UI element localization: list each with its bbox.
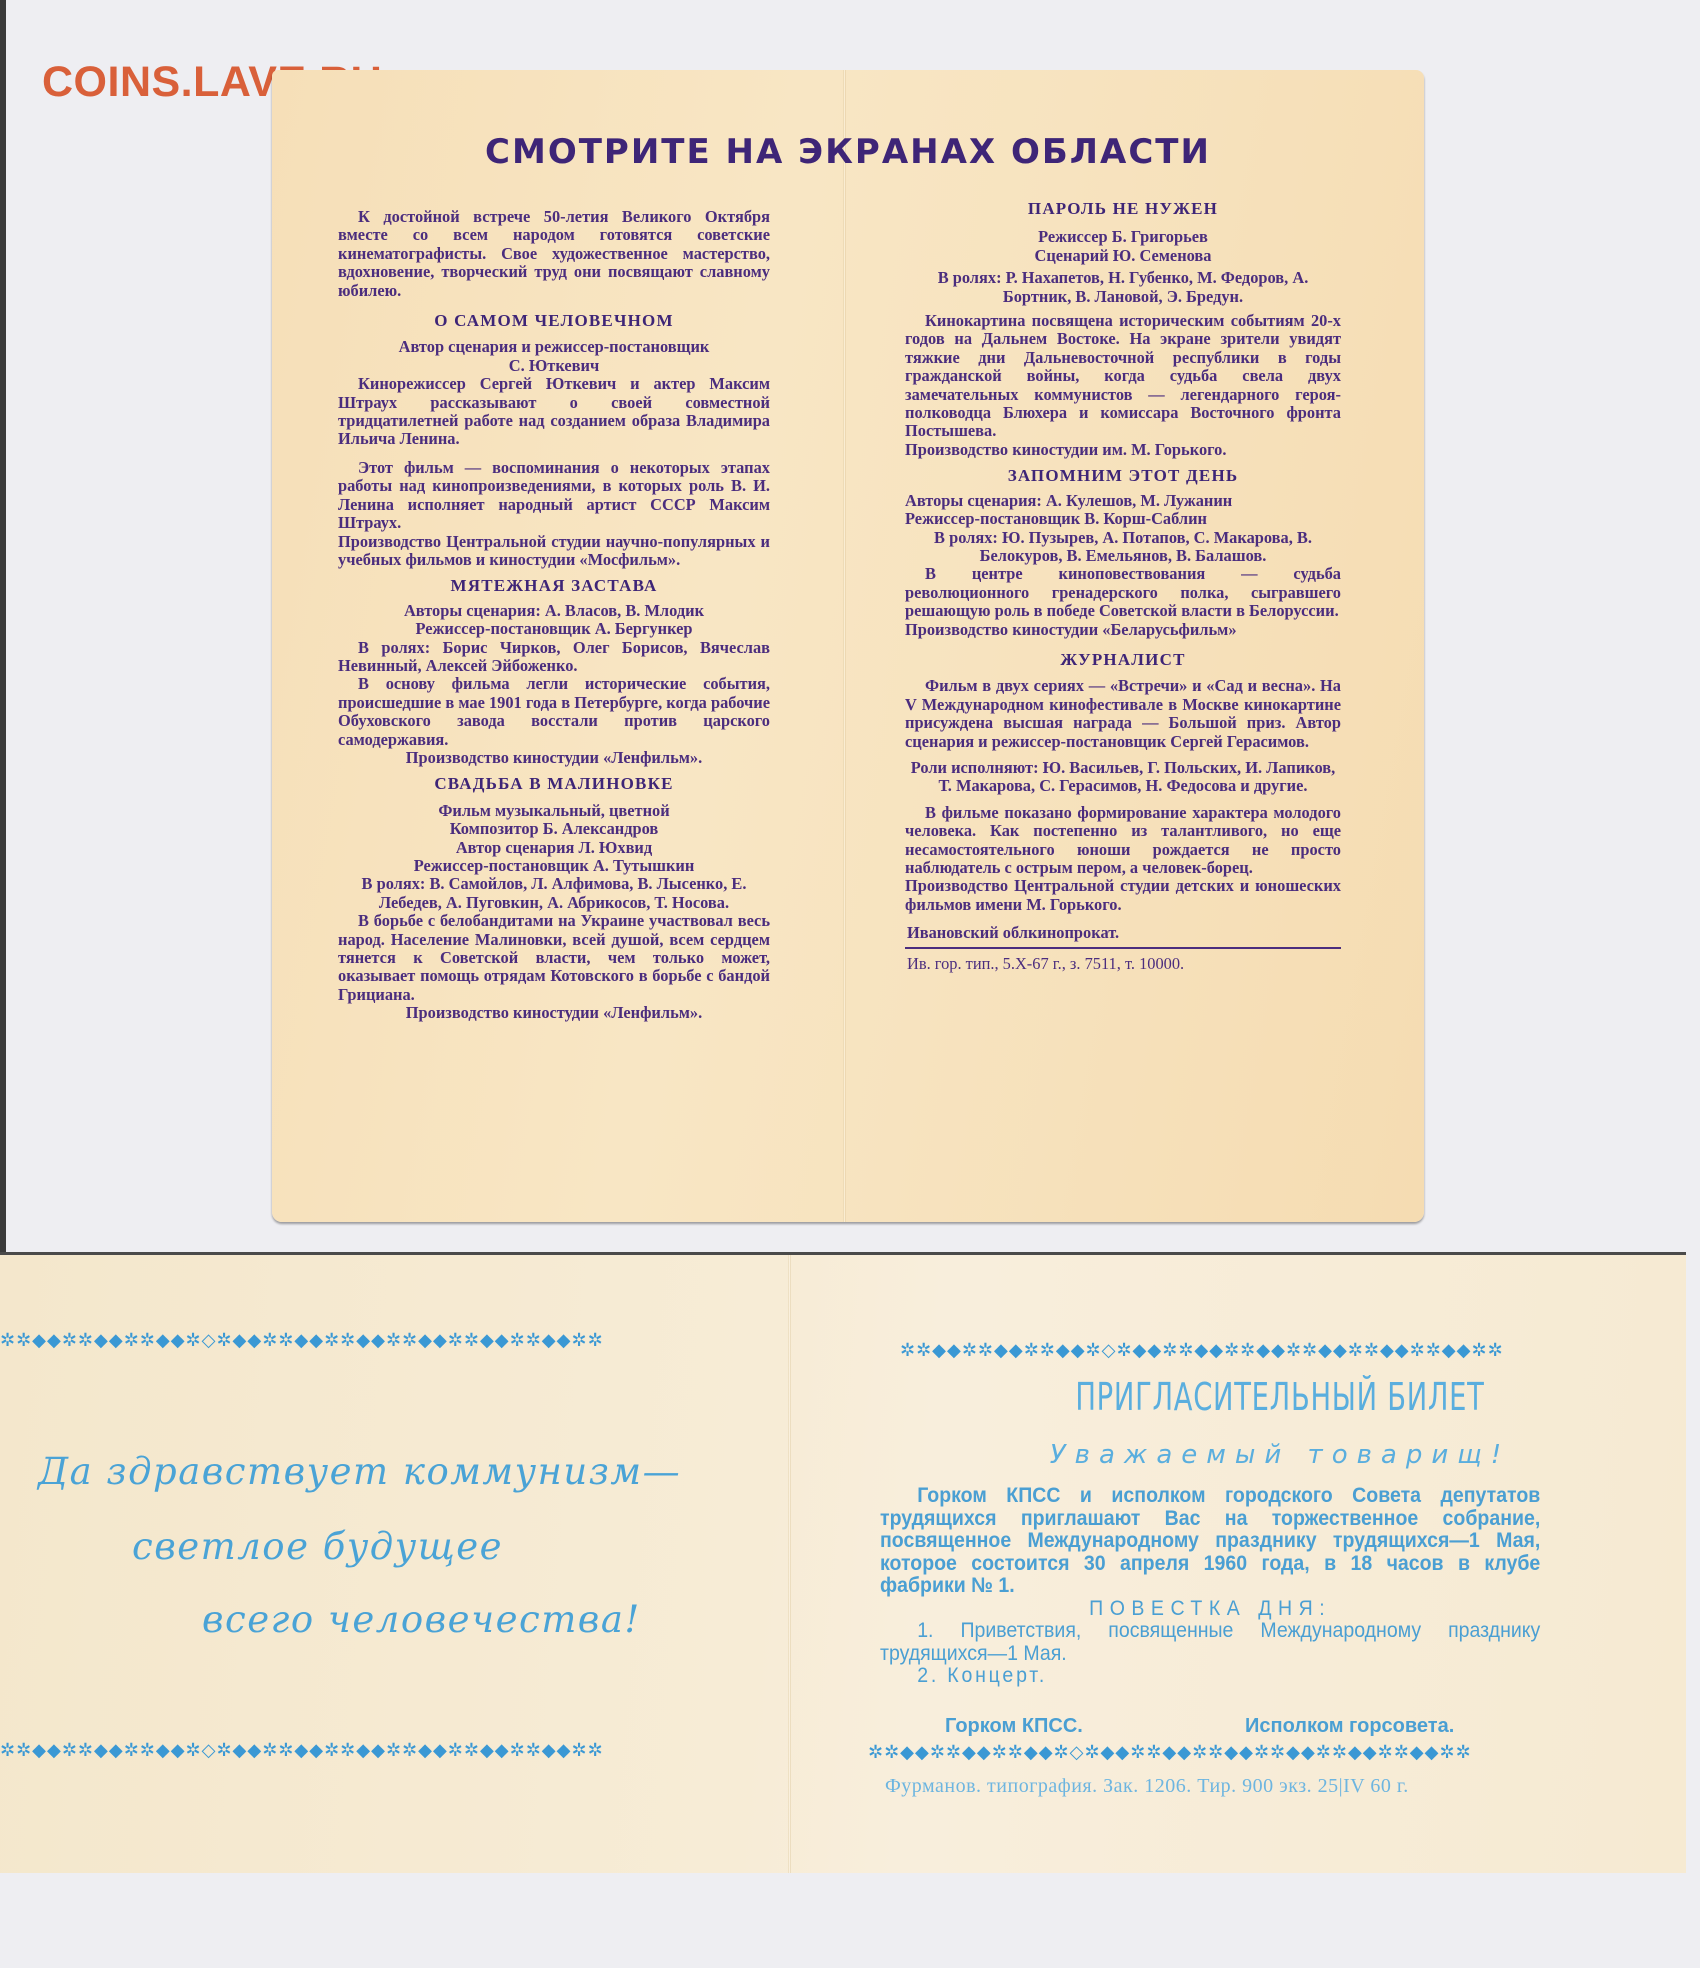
film-credit: Композитор Б. Александров [338, 820, 770, 838]
film-description: В основу фильма легли исторические событ… [338, 675, 770, 749]
film-description: В борьбе с белобандитами на Украине учас… [338, 912, 770, 1004]
slogan-line-1: Да здравствует коммунизм— [38, 1450, 681, 1493]
film-description: В центре киноповествования — судьба рево… [905, 565, 1341, 620]
film-production: Производство Центральной студии научно-п… [338, 533, 770, 570]
film-description: Кинорежиссер Сергей Юткевич и актер Макс… [338, 375, 770, 449]
film-description: Этот фильм — воспоминания о некоторых эт… [338, 459, 770, 533]
film-production: Производство киностудии «Беларусьфильм» [905, 621, 1341, 639]
film-credit: Режиссер-постановщик А. Бергункер [338, 620, 770, 638]
film-production: Производство киностудии «Ленфильм». [338, 1004, 770, 1022]
right-column: ПАРОЛЬ НЕ НУЖЕН Режиссер Б. Григорьев Сц… [905, 200, 1341, 973]
film-credit: Режиссер-постановщик В. Корш-Саблин [905, 510, 1341, 528]
film-brochure: СМОТРИТЕ НА ЭКРАНАХ ОБЛАСТИ К достойной … [272, 70, 1424, 1222]
ticket-title: ПРИГЛАСИТЕЛЬНЫЙ БИЛЕТ [978, 1375, 1583, 1419]
film-title: ЗАПОМНИМ ЭТОТ ДЕНЬ [905, 467, 1341, 485]
film-credit: Авторы сценария: А. Кулешов, М. Лужанин [905, 492, 1341, 510]
film-credit: В ролях: Ю. Пузырев, А. Потапов, С. Мака… [905, 529, 1341, 566]
intro-text: К достойной встрече 50-летия Великого Ок… [338, 208, 770, 300]
ornament-border-bottom-right: ✲✲◆◆✲✲◆◆✲✲◆◆✲◇✲◆◆✲✲◆◆✲✲◆◆✲✲◆◆✲✲◆◆✲✲◆◆✲✲ [868, 1742, 1588, 1764]
film-credit: Авторы сценария: А. Власов, В. Млодик [338, 602, 770, 620]
film-title: О САМОМ ЧЕЛОВЕЧНОМ [338, 312, 770, 330]
film-credit: С. Юткевич [338, 357, 770, 375]
ornament-border-top-right: ✲✲◆◆✲✲◆◆✲✲◆◆✲◇✲◆◆✲✲◆◆✲✲◆◆✲✲◆◆✲✲◆◆✲✲◆◆✲✲ [900, 1340, 1600, 1362]
agenda-item: 1. Приветствия, посвященные Международно… [880, 1620, 1540, 1665]
film-title: ПАРОЛЬ НЕ НУЖЕН [905, 200, 1341, 218]
film-title: МЯТЕЖНАЯ ЗАСТАВА [338, 577, 770, 595]
film-description: Фильм в двух сериях — «Встречи» и «Сад и… [905, 677, 1341, 751]
scan-edge [0, 0, 6, 1260]
film-production: Производство киностудии им. М. Горького. [905, 441, 1341, 459]
left-column: К достойной встрече 50-летия Великого Ок… [338, 208, 770, 1023]
agenda-title: ПОВЕСТКА ДНЯ: [880, 1598, 1540, 1621]
ornament-border-top-left: ✲✲◆◆✲✲◆◆✲✲◆◆✲◇✲◆◆✲✲◆◆✲✲◆◆✲✲◆◆✲✲◆◆✲✲◆◆✲✲ [0, 1330, 700, 1352]
ticket-greeting: Уважаемый товарищ! [860, 1440, 1700, 1470]
film-credit: Режиссер Б. Григорьев [905, 228, 1341, 246]
film-credit: В ролях: В. Самойлов, Л. Алфимова, В. Лы… [338, 875, 770, 912]
film-description: Кинокартина посвящена историческим событ… [905, 312, 1341, 441]
signature-gorkom: Горком КПСС. [945, 1715, 1083, 1738]
print-imprint: Ив. гор. тип., 5.X-67 г., з. 7511, т. 10… [905, 955, 1341, 973]
film-credit: Сценарий Ю. Семенова [905, 247, 1341, 265]
fold-line [843, 70, 846, 1222]
distributor: Ивановский облкинопрокат. [905, 924, 1341, 942]
film-description: В фильме показано формирование характера… [905, 804, 1341, 878]
invitation-text: Горком КПСС и исполком городского Совета… [880, 1485, 1540, 1598]
slogan-line-3: всего человечества! [202, 1598, 641, 1641]
agenda-item: 2. Концерт. [880, 1665, 1540, 1688]
film-cast: Роли исполняют: Ю. Васильев, Г. Польских… [905, 759, 1341, 796]
brochure-title: СМОТРИТЕ НА ЭКРАНАХ ОБЛАСТИ [272, 132, 1424, 172]
film-credit: Фильм музыкальный, цветной [338, 802, 770, 820]
slogan-line-2: светлое будущее [132, 1525, 503, 1568]
ticket-print-imprint: Фурманов. типография. Зак. 1206. Тир. 90… [885, 1775, 1409, 1798]
signature-ispolkom: Исполком горсовета. [1245, 1715, 1454, 1738]
film-credit: В ролях: Р. Нахапетов, Н. Губенко, М. Фе… [905, 269, 1341, 306]
film-credit: В ролях: Борис Чирков, Олег Борисов, Вяч… [338, 639, 770, 676]
ornament-border-bottom-left: ✲✲◆◆✲✲◆◆✲✲◆◆✲◇✲◆◆✲✲◆◆✲✲◆◆✲✲◆◆✲✲◆◆✲✲◆◆✲✲ [0, 1740, 700, 1762]
film-production: Производство Центральной студии детских … [905, 877, 1341, 914]
film-credit: Режиссер-постановщик А. Тутышкин [338, 857, 770, 875]
film-credit: Автор сценария Л. Юхвид [338, 839, 770, 857]
film-title: СВАДЬБА В МАЛИНОВКЕ [338, 775, 770, 793]
fold-line [788, 1255, 791, 1873]
ticket-body: Горком КПСС и исполком городского Совета… [880, 1485, 1540, 1688]
film-credit: Автор сценария и режиссер-постановщик [338, 338, 770, 356]
film-production: Производство киностудии «Ленфильм». [338, 749, 770, 767]
film-title: ЖУРНАЛИСТ [905, 651, 1341, 669]
